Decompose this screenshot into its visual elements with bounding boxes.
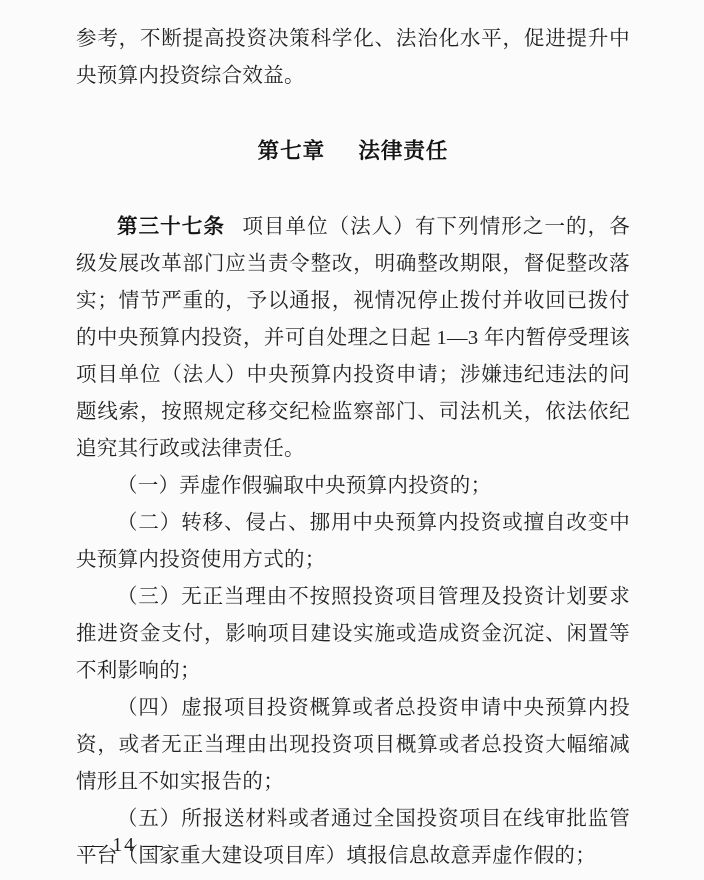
document-page: 参考，不断提高投资决策科学化、法治化水平，促进提升中央预算内投资综合效益。 第七… bbox=[0, 0, 704, 880]
chapter-number: 第七章 bbox=[258, 139, 326, 163]
page-number: — 14 — bbox=[84, 831, 164, 861]
list-item: （一）弄虚作假骗取中央预算内投资的； bbox=[76, 468, 630, 505]
article-body: 项目单位（法人）有下列情形之一的，各级发展改革部门应当责令整改，明确整改期限，督… bbox=[76, 216, 630, 460]
article-37-paragraph: 第三十七条项目单位（法人）有下列情形之一的，各级发展改革部门应当责令整改，明确整… bbox=[76, 208, 630, 468]
list-item: （二）转移、侵占、挪用中央预算内投资或擅自改变中央预算内投资使用方式的； bbox=[76, 505, 630, 579]
chapter-heading: 第七章法律责任 bbox=[76, 133, 630, 170]
intro-paragraph: 参考，不断提高投资决策科学化、法治化水平，促进提升中央预算内投资综合效益。 bbox=[76, 21, 630, 95]
list-item: （四）虚报项目投资概算或者总投资申请中央预算内投资，或者无正当理由出现投资项目概… bbox=[76, 690, 630, 801]
chapter-title: 法律责任 bbox=[358, 139, 448, 163]
article-number: 第三十七条 bbox=[117, 215, 225, 238]
list-item: （三）无正当理由不按照投资项目管理及投资计划要求推进资金支付，影响项目建设实施或… bbox=[76, 579, 630, 690]
